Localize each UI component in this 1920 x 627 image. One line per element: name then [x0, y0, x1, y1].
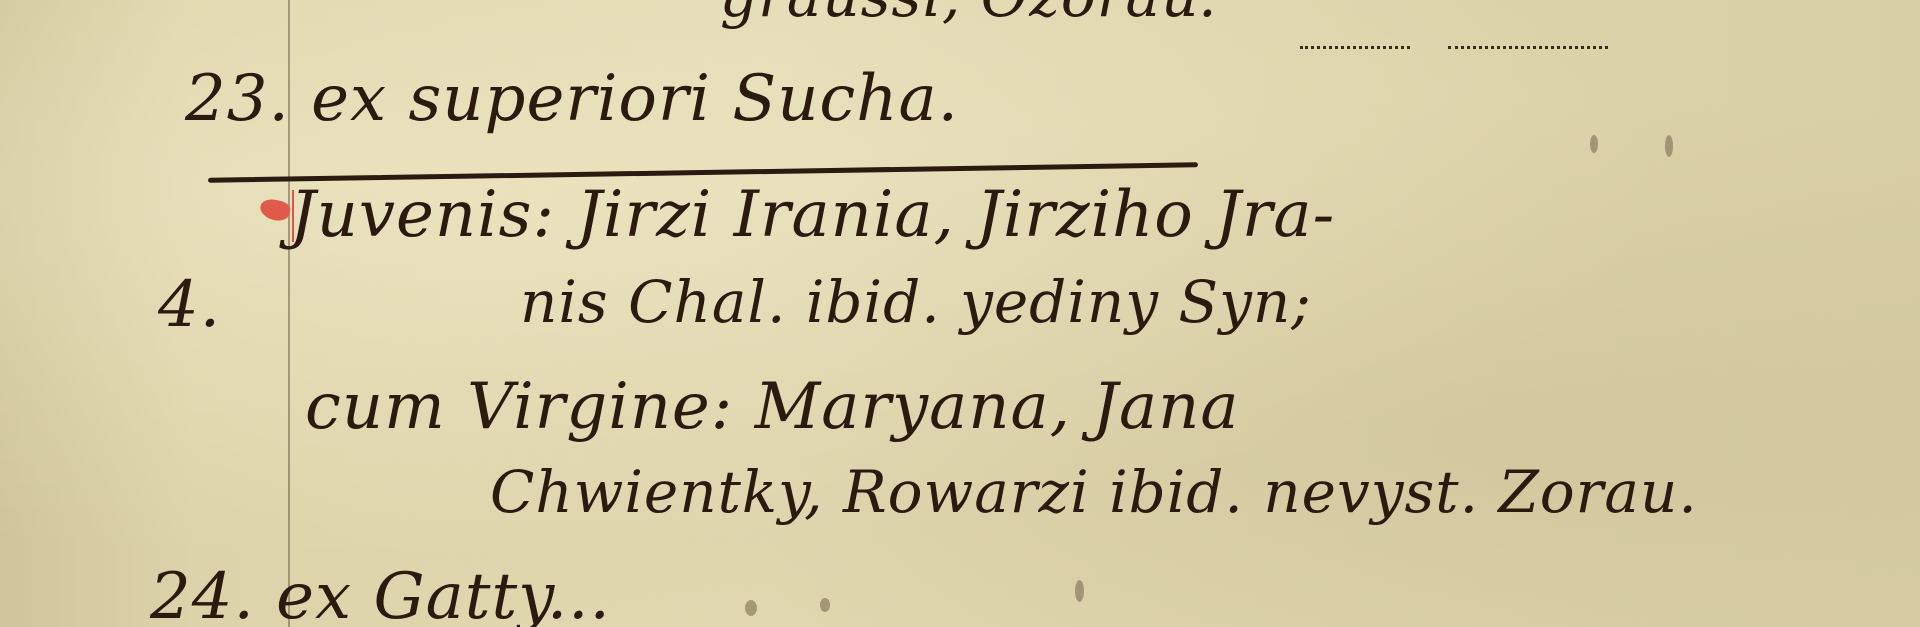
next-entry-fragment: 24. ex Gatty...: [150, 560, 611, 627]
margin-entry-number: 4.: [158, 268, 221, 342]
bride-line-2: Chwientky, Rowarzi ibid. nevyst. Zorau.: [490, 458, 1698, 526]
groom-line-2: nis Chal. ibid. yediny Syn;: [520, 268, 1312, 336]
bride-line: cum Virgine: Maryana, Jana: [305, 370, 1240, 444]
ink-stain: [745, 600, 757, 616]
red-ink-mark: [258, 197, 292, 223]
groom-line: Juvenis: Jirzi Irania, Jirziho Jra-: [290, 178, 1335, 252]
top-fragment-text: graussi, Ozorau:: [720, 0, 1220, 30]
ink-stain: [1665, 135, 1673, 157]
ink-stain: [820, 598, 830, 612]
dotted-filler-1: [1300, 46, 1410, 49]
entry-heading: 23. ex superiori Sucha.: [185, 62, 959, 136]
dotted-filler-2: [1448, 46, 1608, 49]
ink-stain: [1590, 135, 1598, 153]
ink-stain: [1075, 580, 1084, 602]
manuscript-page: graussi, Ozorau: 23. ex superiori Sucha.…: [0, 0, 1920, 627]
